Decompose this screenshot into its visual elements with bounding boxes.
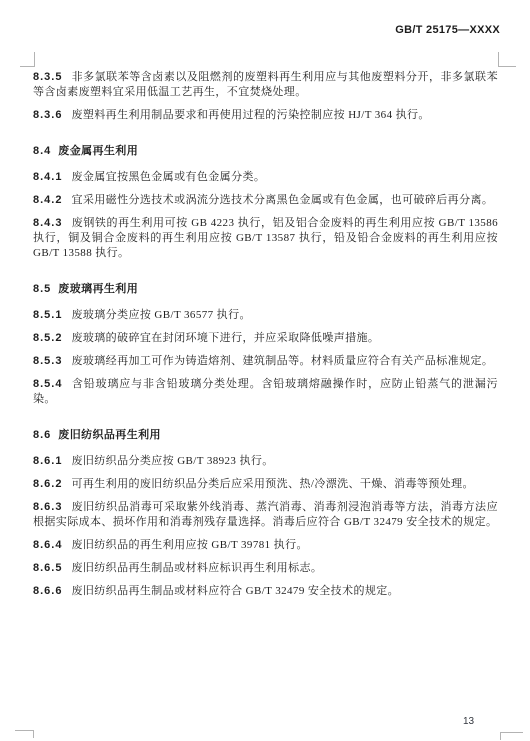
clause-number: 8.5.1	[33, 309, 62, 321]
section-number: 8.5	[33, 283, 51, 295]
clause-text: 废金属宜按黑色金属或有色金属分类。	[71, 171, 265, 183]
clause-paragraph: 8.3.6废塑料再生利用制品要求和再使用过程的污染控制应按 HJ/T 364 执…	[33, 108, 498, 123]
clause-number: 8.4.3	[33, 217, 62, 229]
clause-number: 8.6.5	[33, 562, 62, 574]
clause-number: 8.4.2	[33, 194, 62, 206]
clause-paragraph: 8.3.5非多氯联苯等含卤素以及阻燃剂的废塑料再生利用应与其他废塑料分开，非多氯…	[33, 70, 498, 100]
clause-paragraph: 8.5.2废玻璃的破碎宜在封闭环境下进行，并应采取降低噪声措施。	[33, 331, 498, 346]
clause-number: 8.4.1	[33, 171, 62, 183]
clause-paragraph: 8.6.2可再生利用的废旧纺织品分类后应采用预洗、热/冷漂洗、干燥、消毒等预处理…	[33, 477, 498, 492]
section-title: 废金属再生利用	[58, 145, 138, 157]
text-boundary-mark-bottom-left	[15, 730, 34, 738]
clause-text: 废玻璃分类应按 GB/T 36577 执行。	[71, 309, 250, 321]
clause-text: 废旧纺织品分类应按 GB/T 38923 执行。	[71, 455, 273, 467]
section-number: 8.4	[33, 145, 51, 157]
section-number: 8.6	[33, 429, 51, 441]
section-title: 废玻璃再生利用	[58, 283, 138, 295]
clause-paragraph: 8.6.3废旧纺织品消毒可采取紫外线消毒、蒸汽消毒、消毒剂浸泡消毒等方法，消毒方…	[33, 500, 498, 530]
clause-paragraph: 8.6.1废旧纺织品分类应按 GB/T 38923 执行。	[33, 454, 498, 469]
clause-number: 8.6.3	[33, 501, 62, 513]
clause-text: 废钢铁的再生利用可按 GB 4223 执行，铝及铝合金废料的再生利用应按 GB/…	[33, 217, 498, 259]
page-number: 13	[463, 716, 474, 727]
section-title: 废旧纺织品再生利用	[58, 429, 161, 441]
section-heading: 8.6废旧纺织品再生利用	[33, 428, 498, 443]
clause-paragraph: 8.4.2宜采用磁性分选技术或涡流分选技术分离黑色金属或有色金属，也可破碎后再分…	[33, 193, 498, 208]
page-header: GB/T 25175—XXXX	[395, 24, 500, 36]
section-heading: 8.5废玻璃再生利用	[33, 282, 498, 297]
clause-text: 非多氯联苯等含卤素以及阻燃剂的废塑料再生利用应与其他废塑料分开，非多氯联苯等含卤…	[33, 71, 498, 98]
clause-paragraph: 8.5.1废玻璃分类应按 GB/T 36577 执行。	[33, 308, 498, 323]
document-content: 8.3.5非多氯联苯等含卤素以及阻燃剂的废塑料再生利用应与其他废塑料分开，非多氯…	[33, 70, 498, 607]
clause-number: 8.5.3	[33, 355, 62, 367]
clause-number: 8.6.2	[33, 478, 62, 490]
clause-paragraph: 8.6.4废旧纺织品的再生利用应按 GB/T 39781 执行。	[33, 538, 498, 553]
clause-paragraph: 8.6.5废旧纺织品再生制品或材料应标识再生利用标志。	[33, 561, 498, 576]
clause-number: 8.6.4	[33, 539, 62, 551]
standard-number: GB/T 25175—XXXX	[395, 24, 500, 36]
clause-text: 废玻璃的破碎宜在封闭环境下进行，并应采取降低噪声措施。	[71, 332, 379, 344]
clause-text: 废旧纺织品消毒可采取紫外线消毒、蒸汽消毒、消毒剂浸泡消毒等方法，消毒方法应根据实…	[33, 501, 498, 528]
clause-paragraph: 8.5.3废玻璃经再加工可作为铸造熔剂、建筑制品等。材料质量应符合有关产品标准规…	[33, 354, 498, 369]
clause-number: 8.5.4	[33, 378, 62, 390]
clause-paragraph: 8.4.3废钢铁的再生利用可按 GB 4223 执行，铝及铝合金废料的再生利用应…	[33, 216, 498, 261]
clause-text: 可再生利用的废旧纺织品分类后应采用预洗、热/冷漂洗、干燥、消毒等预处理。	[71, 478, 473, 490]
clause-number: 8.3.6	[33, 109, 62, 121]
clause-text: 废旧纺织品的再生利用应按 GB/T 39781 执行。	[71, 539, 307, 551]
clause-paragraph: 8.5.4含铅玻璃应与非含铅玻璃分类处理。含铅玻璃熔融操作时，应防止铅蒸气的泄漏…	[33, 377, 498, 407]
text-boundary-mark-top-right	[498, 52, 516, 67]
clause-text: 宜采用磁性分选技术或涡流分选技术分离黑色金属或有色金属，也可破碎后再分离。	[71, 194, 493, 206]
clause-paragraph: 8.6.6废旧纺织品再生制品或材料应符合 GB/T 32479 安全技术的规定。	[33, 584, 498, 599]
text-boundary-mark-bottom-right	[500, 732, 523, 740]
clause-number: 8.3.5	[33, 71, 62, 83]
clause-text: 废旧纺织品再生制品或材料应标识再生利用标志。	[71, 562, 322, 574]
clause-text: 废旧纺织品再生制品或材料应符合 GB/T 32479 安全技术的规定。	[71, 585, 399, 597]
document-page: GB/T 25175—XXXX 8.3.5非多氯联苯等含卤素以及阻燃剂的废塑料再…	[0, 0, 530, 741]
text-boundary-mark-top-left	[20, 52, 35, 67]
clause-number: 8.5.2	[33, 332, 62, 344]
clause-text: 含铅玻璃应与非含铅玻璃分类处理。含铅玻璃熔融操作时，应防止铅蒸气的泄漏污染。	[33, 378, 498, 405]
clause-text: 废塑料再生利用制品要求和再使用过程的污染控制应按 HJ/T 364 执行。	[71, 109, 429, 121]
clause-paragraph: 8.4.1废金属宜按黑色金属或有色金属分类。	[33, 170, 498, 185]
clause-text: 废玻璃经再加工可作为铸造熔剂、建筑制品等。材料质量应符合有关产品标准规定。	[71, 355, 493, 367]
clause-number: 8.6.1	[33, 455, 62, 467]
section-heading: 8.4废金属再生利用	[33, 144, 498, 159]
clause-number: 8.6.6	[33, 585, 62, 597]
